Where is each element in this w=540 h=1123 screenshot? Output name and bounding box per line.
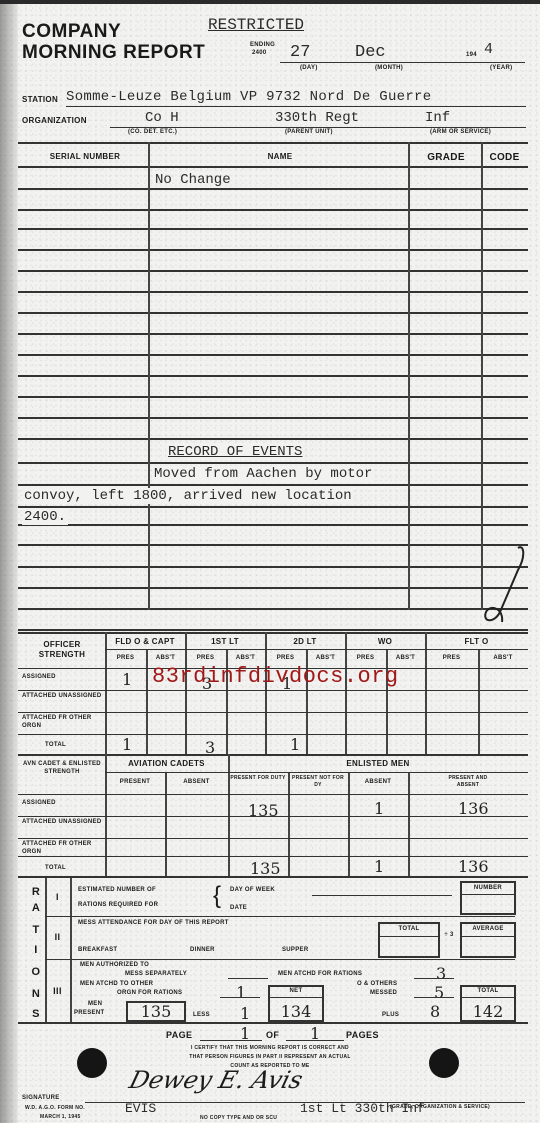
ending-label-bottom: 2400 bbox=[252, 50, 267, 56]
men-atchd-other-line2: ORGN FOR RATIONS bbox=[117, 990, 182, 996]
form-number-line2: MARCH 1, 1945 bbox=[40, 1114, 81, 1120]
officer-subcol-pres: PRES bbox=[265, 655, 306, 661]
officer-row-assigned: ASSIGNED bbox=[22, 674, 56, 680]
officer-subcol-abst: ABS'T bbox=[226, 655, 265, 661]
men-atchd-rations-label: MEN ATCHD FOR RATIONS bbox=[278, 971, 362, 977]
rations-est-text1: ESTIMATED NUMBER OF bbox=[78, 887, 156, 893]
pages-label: PAGES bbox=[346, 1030, 379, 1040]
rations-side-letter: S bbox=[28, 1008, 44, 1020]
morning-report-document: COMPANY MORNING REPORT RESTRICTED ENDING… bbox=[0, 0, 540, 1123]
col-cadets-present: PRESENT bbox=[105, 779, 165, 785]
rations-side-letter: O bbox=[28, 966, 44, 978]
organization-label: ORGANIZATION bbox=[22, 116, 87, 125]
site-watermark: 83rdinfdivdocs.org bbox=[152, 664, 399, 689]
day-of-week-label: DAY OF WEEK bbox=[230, 887, 275, 893]
col-present-for-duty: PRESENT FOR DUTY bbox=[228, 775, 288, 782]
rations-total-label: TOTAL bbox=[460, 988, 516, 994]
form-number-line1: W.D. A.G.O. FORM NO. bbox=[25, 1105, 85, 1111]
officers-others-line2: MESSED bbox=[370, 990, 397, 996]
signature-label: SIGNATURE bbox=[22, 1095, 60, 1101]
rations-section-iii: III bbox=[45, 986, 70, 996]
rations-section-i: I bbox=[45, 892, 70, 902]
officer-subcol-pres: PRES bbox=[105, 655, 146, 661]
col-present-and-absent: PRESENT AND ABSENT bbox=[408, 775, 528, 789]
group-enlisted-men: ENLISTED MEN bbox=[228, 759, 528, 768]
grade-org-caption: (GRADE, ORGANIZATION & SERVICE) bbox=[390, 1104, 490, 1110]
col-present-not-for-duty: PRESENT NOT FOR DY bbox=[288, 775, 348, 789]
less-label: LESS bbox=[193, 1012, 210, 1018]
rations-side-letter: A bbox=[28, 902, 44, 914]
enlisted-row-attached-other: ATTACHED FR OTHER ORGN bbox=[22, 840, 102, 856]
enlisted-assigned-pfd: 135 bbox=[248, 801, 279, 820]
binder-hole-left-icon bbox=[77, 1048, 107, 1078]
enlisted-total-absent: 1 bbox=[374, 857, 384, 876]
handwritten-initial-icon bbox=[478, 542, 528, 632]
net-label: NET bbox=[268, 988, 324, 994]
record-of-events-line1: Moved from Aachen by motor bbox=[152, 466, 374, 482]
report-year: 4 bbox=[484, 41, 493, 58]
rations-total-value: 142 bbox=[460, 1002, 516, 1021]
classification-stamp: RESTRICTED bbox=[208, 16, 304, 34]
men-atchd-other-line1: MEN ATCHD TO OTHER bbox=[80, 981, 153, 987]
officer-subcol-abst: ABS'T bbox=[478, 655, 528, 661]
record-of-events-line2: convoy, left 1800, arrived new location bbox=[22, 488, 354, 504]
enlisted-assigned-total: 136 bbox=[458, 799, 489, 818]
men-authorized-line2: MESS SEPARATELY bbox=[125, 971, 187, 977]
col-enlisted-absent: ABSENT bbox=[348, 779, 408, 785]
brace-icon: { bbox=[213, 882, 221, 910]
breakfast-label: BREAKFAST bbox=[78, 947, 117, 953]
men-present-label2: PRESENT bbox=[74, 1010, 104, 1016]
col-grade: GRADE bbox=[410, 152, 482, 163]
men-atchd-rations-value: 3 bbox=[436, 964, 446, 983]
officer-group-2d-lt: 2D LT bbox=[265, 637, 345, 646]
officer-group-wo: WO bbox=[345, 637, 425, 646]
col-code: CODE bbox=[482, 152, 527, 163]
officer-row-attached-other: ATTACHED FR OTHER ORGN bbox=[22, 714, 102, 730]
enlisted-total-pfd: 135 bbox=[250, 859, 281, 878]
officer-assigned-fld-pres: 1 bbox=[122, 670, 132, 689]
station-value: Somme-Leuze Belgium VP 9732 Nord De Guer… bbox=[66, 89, 431, 105]
binder-hole-right-icon bbox=[429, 1048, 459, 1078]
year-prefix: 194 bbox=[466, 52, 477, 58]
record-of-events-line3: 2400. bbox=[22, 509, 68, 525]
rations-est-text2: RATIONS REQUIRED FOR bbox=[78, 902, 158, 908]
org-parent-caption: (PARENT UNIT) bbox=[285, 129, 333, 135]
men-atchd-other-value: 1 bbox=[236, 983, 246, 1002]
officer-row-total: TOTAL bbox=[45, 742, 66, 748]
officer-group-flt-o: FLT O bbox=[425, 637, 528, 646]
officer-group-fld-capt: FLD O & CAPT bbox=[105, 637, 185, 646]
org-parent-unit: 330th Regt bbox=[275, 110, 359, 126]
men-present-value: 135 bbox=[126, 1002, 186, 1021]
org-unit-caption: (CO. DET. ETC.) bbox=[128, 129, 177, 135]
date-label: DATE bbox=[230, 905, 247, 911]
col-name: NAME bbox=[150, 152, 410, 161]
mess-average-label: AVERAGE bbox=[460, 926, 516, 932]
enlisted-assigned-absent: 1 bbox=[374, 799, 384, 818]
officers-others-value: 5 bbox=[434, 983, 444, 1002]
col-serial-number: SERIAL NUMBER bbox=[30, 152, 140, 161]
officer-subcol-pres: PRES bbox=[345, 655, 386, 661]
officer-total-2dlt-pres: 1 bbox=[290, 735, 300, 754]
dinner-label: DINNER bbox=[190, 947, 215, 953]
typed-signer-name: EVIS bbox=[125, 1101, 156, 1116]
mess-attendance-heading: MESS ATTENDANCE FOR DAY OF THIS REPORT bbox=[78, 920, 229, 926]
col-cadets-absent: ABSENT bbox=[165, 779, 228, 785]
org-arm-service: Inf bbox=[425, 110, 450, 126]
year-caption: (YEAR) bbox=[490, 65, 512, 71]
handwritten-signature: Dewey E. Avis bbox=[126, 1066, 306, 1094]
personnel-row-name: No Change bbox=[155, 172, 231, 188]
officers-others-line1: O & OTHERS bbox=[357, 981, 397, 987]
group-aviation-cadets: AVIATION CADETS bbox=[105, 759, 228, 768]
certify-line1: I CERTIFY THAT THIS MORNING REPORT IS CO… bbox=[140, 1045, 400, 1051]
ending-label-top: ENDING bbox=[250, 42, 275, 48]
mess-total-label: TOTAL bbox=[378, 926, 440, 932]
enlisted-row-total: TOTAL bbox=[45, 865, 66, 871]
day-caption: (DAY) bbox=[300, 65, 318, 71]
rations-side-letter: N bbox=[28, 988, 44, 1000]
of-label: OF bbox=[266, 1030, 279, 1040]
rations-side-letter: I bbox=[28, 944, 44, 956]
enlisted-strength-title: AVN CADET & ENLISTED STRENGTH bbox=[20, 760, 104, 776]
enlisted-row-assigned: ASSIGNED bbox=[22, 800, 56, 806]
officer-subcol-pres: PRES bbox=[425, 655, 478, 661]
enlisted-row-attached-unassigned: ATTACHED UNASSIGNED bbox=[22, 818, 102, 826]
less-value: 1 bbox=[240, 1004, 250, 1023]
officer-total-1stlt-pres: 3 bbox=[205, 738, 215, 757]
report-day: 27 bbox=[290, 43, 310, 62]
rations-side-letter: R bbox=[28, 882, 44, 902]
officer-group-1st-lt: 1ST LT bbox=[185, 637, 265, 646]
men-authorized-line1: MEN AUTHORIZED TO bbox=[80, 962, 149, 968]
officer-subcol-abst: ABS'T bbox=[306, 655, 345, 661]
scan-edge-shadow bbox=[0, 4, 18, 1123]
officer-subcol-abst: ABS'T bbox=[386, 655, 425, 661]
net-value: 134 bbox=[268, 1002, 324, 1021]
officer-row-attached-unassigned: ATTACHED UNASSIGNED bbox=[22, 692, 102, 700]
men-present-label1: MEN bbox=[88, 1001, 102, 1007]
rations-side-letter: T bbox=[28, 924, 44, 936]
no-copy-caption: NO COPY TYPE AND OR SCU bbox=[200, 1115, 277, 1121]
month-caption: (MONTH) bbox=[375, 65, 403, 71]
supper-label: SUPPER bbox=[282, 947, 308, 953]
form-title-line2: MORNING REPORT bbox=[22, 43, 205, 63]
plus-label: PLUS bbox=[382, 1012, 399, 1018]
officer-subcol-pres: PRES bbox=[185, 655, 226, 661]
report-month: Dec bbox=[355, 43, 386, 62]
officer-subcol-abst: ABS'T bbox=[146, 655, 185, 661]
page-label: PAGE bbox=[166, 1030, 192, 1040]
certify-line2: THAT PERSON FIGURES IN PART II REPRESENT… bbox=[140, 1054, 400, 1060]
enlisted-total-total: 136 bbox=[458, 857, 489, 876]
officer-total-fld-pres: 1 bbox=[122, 735, 132, 754]
org-arm-caption: (ARM OR SERVICE) bbox=[430, 129, 491, 135]
rations-section-ii: II bbox=[45, 932, 70, 942]
divide-by-three: ÷ 3 bbox=[443, 932, 455, 938]
station-label: STATION bbox=[22, 95, 58, 104]
form-title-line1: COMPANY bbox=[22, 22, 121, 42]
record-of-events-heading: RECORD OF EVENTS bbox=[166, 444, 304, 460]
number-label: NUMBER bbox=[460, 885, 516, 891]
plus-value: 8 bbox=[430, 1002, 440, 1021]
officer-strength-title: OFFICER STRENGTH bbox=[20, 640, 104, 660]
org-unit: Co H bbox=[145, 110, 179, 126]
